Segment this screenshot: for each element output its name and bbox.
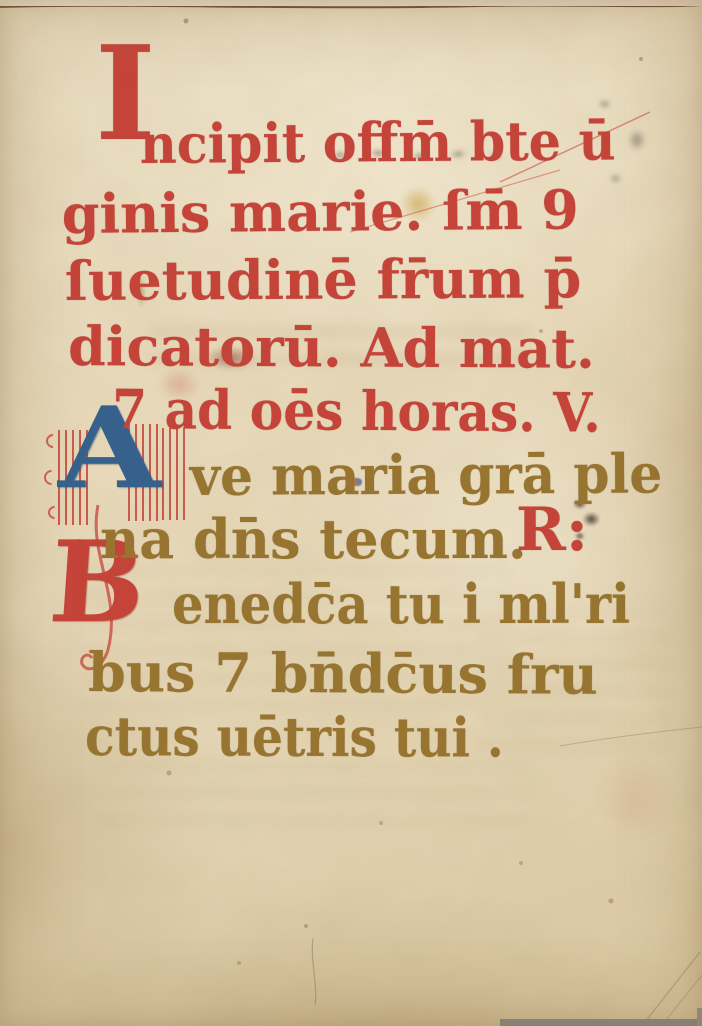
- reddish-smear: [598, 752, 670, 847]
- ave-maria-line-1: ve maria grā ple: [190, 446, 663, 503]
- manuscript-scan: { "colors": { "parchment": "#e8dbbd", "r…: [0, 0, 702, 1026]
- rubric-line-5: 7 ad oēs horas. V.: [112, 382, 601, 440]
- previous-page-edge: [0, 0, 702, 6]
- benedicta-line-1: enedc̄a tu i ml'ri: [172, 577, 630, 631]
- rubric-line-4: dicatorū. Ad mat.: [68, 319, 595, 376]
- ave-maria-line-2: na dn̄s tecum.: [100, 512, 527, 566]
- scan-background-strip: [500, 1019, 702, 1026]
- rubric-line-3: ſuetudinē fr̄um p̄: [65, 251, 582, 308]
- benedicta-line-2: bus 7 bn̄dc̄us fru: [88, 645, 598, 702]
- benedicta-line-3: ctus uētris tui .: [85, 709, 504, 765]
- rubric-line-1: ncipit offm̄ bte ū: [140, 113, 616, 171]
- rubric-line-2: ginis marie. ſm̄ 9: [62, 182, 579, 241]
- scan-background-corner: [697, 1008, 702, 1026]
- response-mark: R:: [516, 500, 588, 560]
